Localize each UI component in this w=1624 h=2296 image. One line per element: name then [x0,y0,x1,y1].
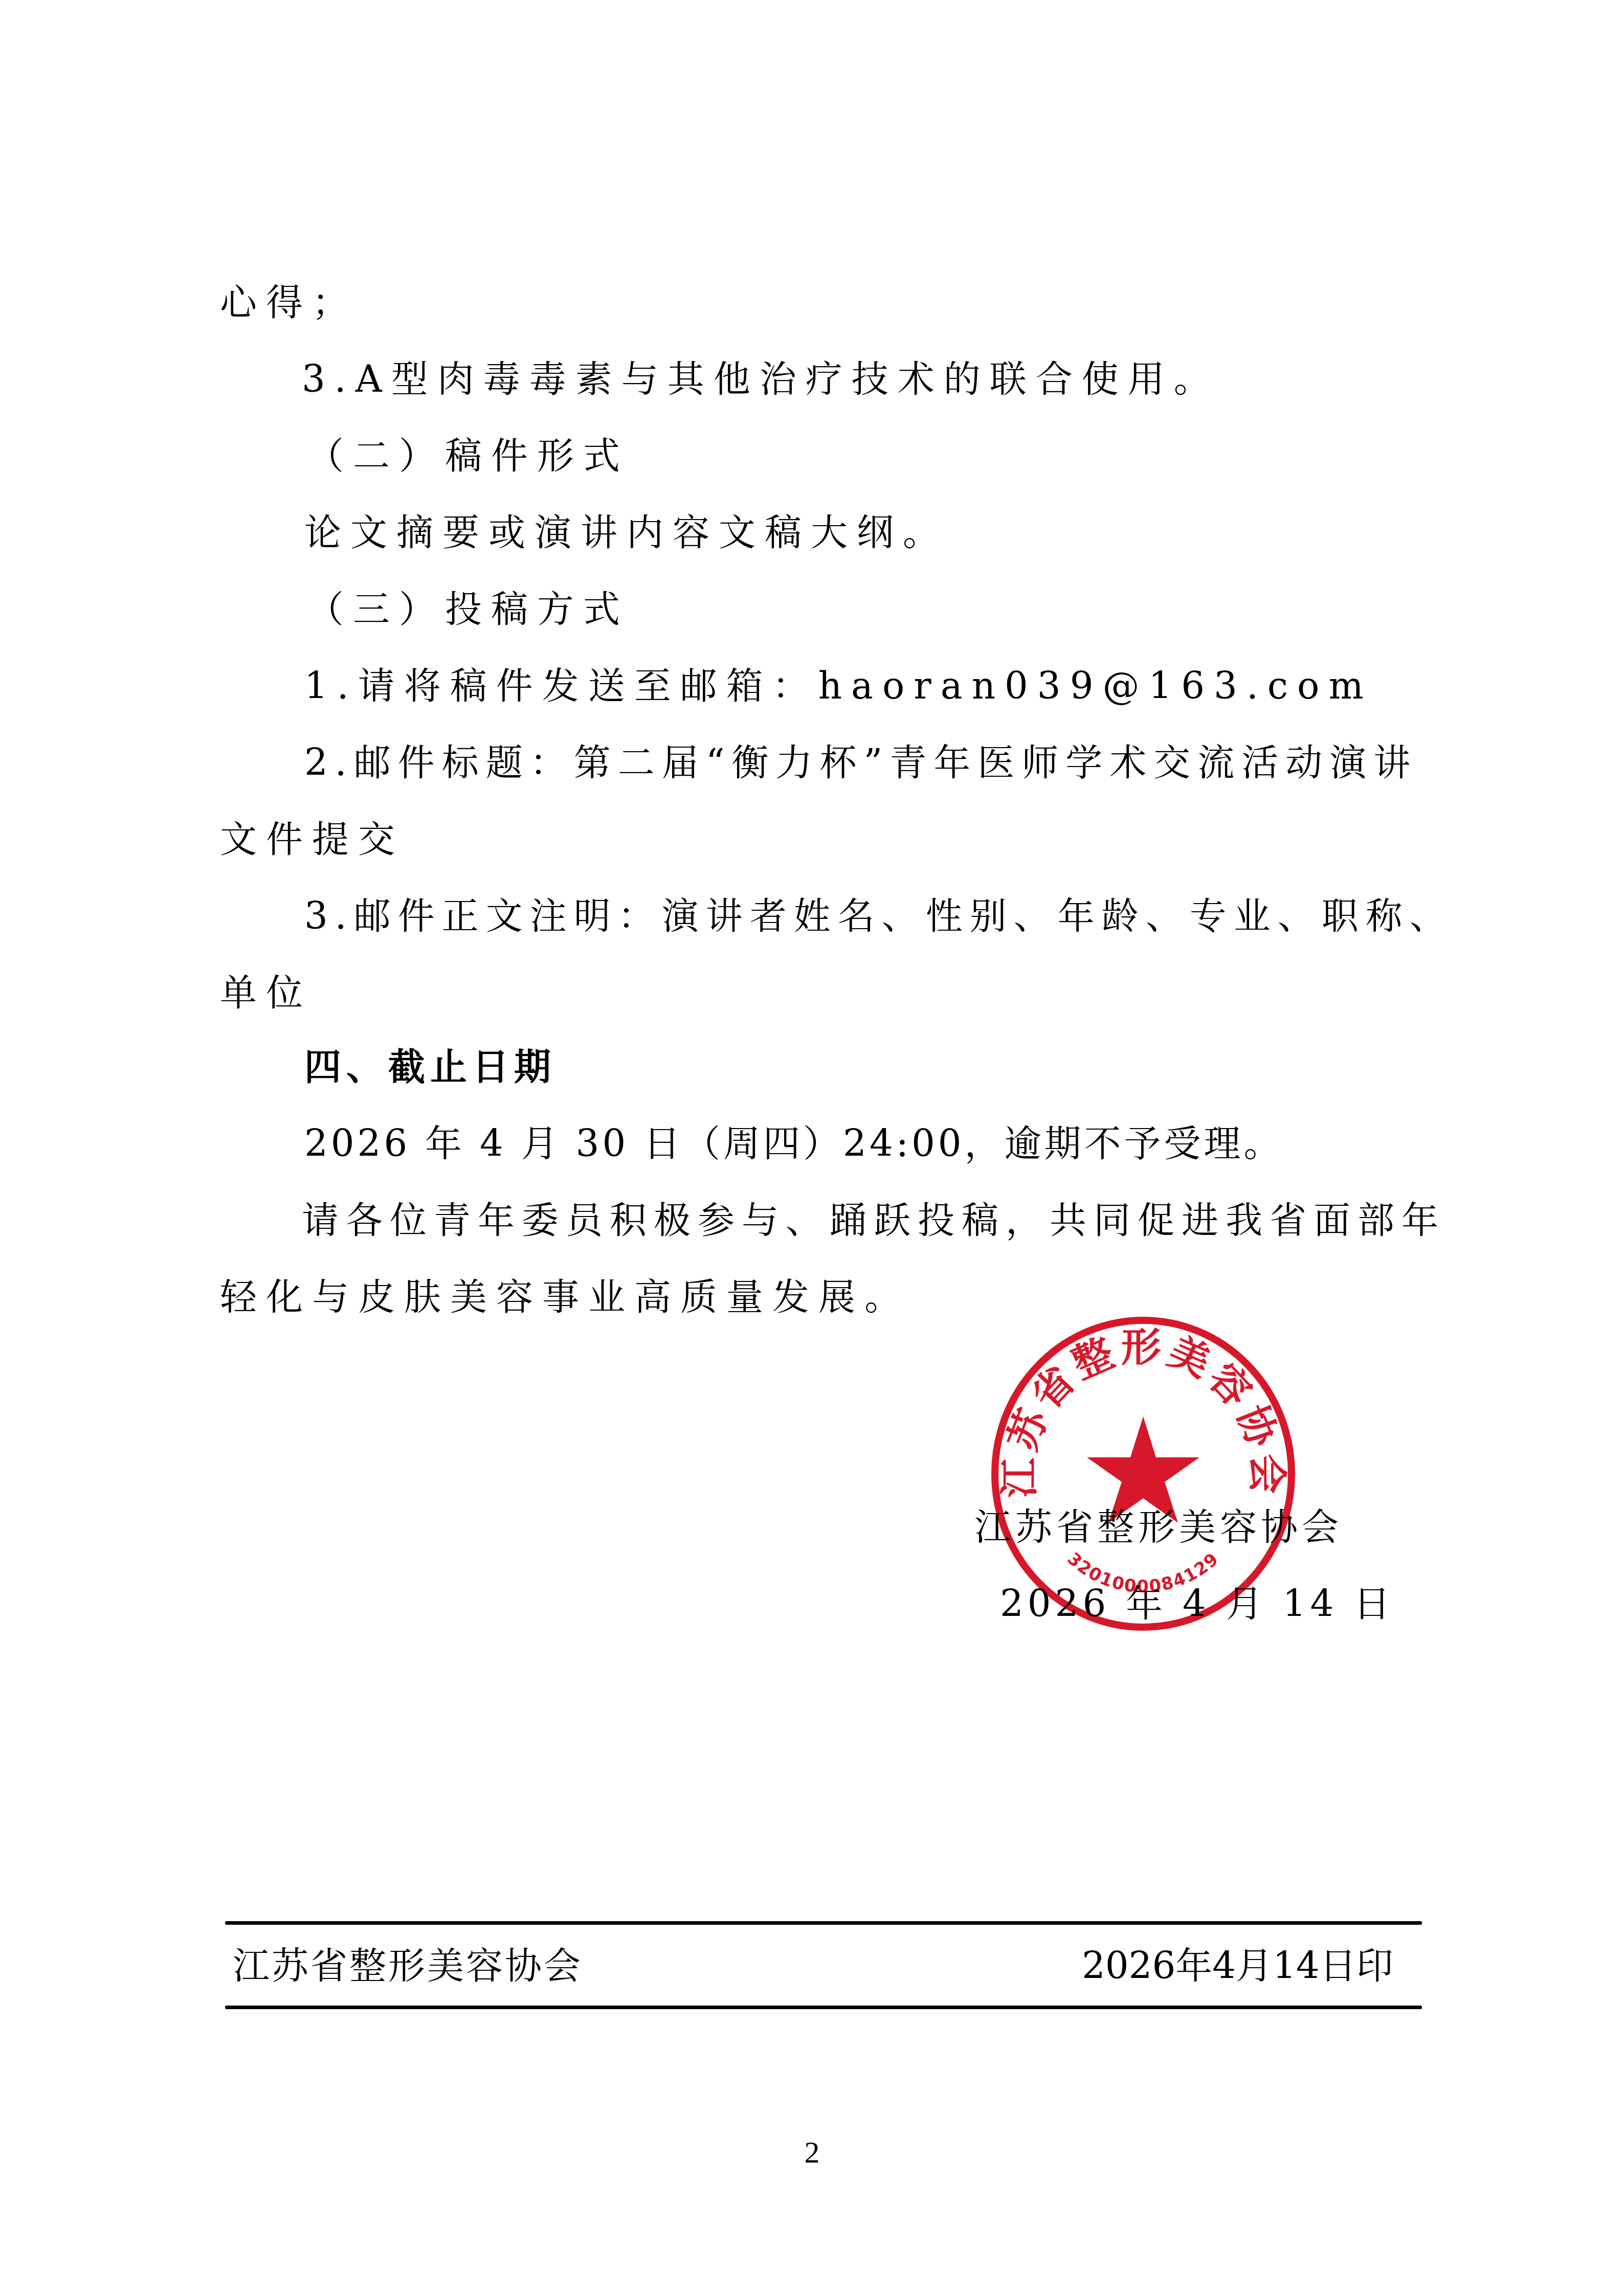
body-line-email-body-cont: 单位 [220,974,312,1011]
deadline-text: 2026 年 4 月 30 日（周四）24:00，逾期不予受理。 [304,1125,1284,1162]
body-line-manuscript-form: 论文摘要或演讲内容文稿大纲。 [304,514,949,551]
footer-print-date: 2026年4月14日印 [1082,1947,1393,1984]
closing-line-2: 轻化与皮肤美容事业高质量发展。 [220,1278,910,1315]
subheading-submission-method: （三）投稿方式 [307,591,629,627]
section-heading-deadline: 四、截止日期 [304,1048,556,1085]
page-number: 2 [0,2135,1624,2170]
subheading-manuscript-form: （二）稿件形式 [307,437,629,474]
body-line-continuation: 心得； [220,284,358,321]
body-line-email: 1.请将稿件发送至邮箱：haoran039@163.com [304,667,1373,704]
footer-top-rule [225,1921,1422,1925]
body-line-subject-cont: 文件提交 [220,821,404,858]
signature-date: 2026 年 4 月 14 日 [1000,1585,1394,1622]
closing-line-1: 请各位青年委员积极参与、踊跃投稿，共同促进我省面部年 [302,1202,1445,1239]
body-line-item-3: 3.A型肉毒毒素与其他治疗技术的联合使用。 [302,361,1220,397]
footer-bottom-rule [225,2006,1422,2009]
body-line-email-body: 3.邮件正文注明：演讲者姓名、性别、年龄、专业、职称、 [304,897,1454,934]
subject-text: 2.邮件标题：第二届“衡力杯”青年医师学术交流活动演讲 [304,744,1417,781]
footer-organization: 江苏省整形美容协会 [233,1947,583,1984]
body-line-subject: 2.邮件标题：第二届“衡力杯”青年医师学术交流活动演讲 [304,744,1419,781]
signature-organization: 江苏省整形美容协会 [974,1509,1343,1545]
